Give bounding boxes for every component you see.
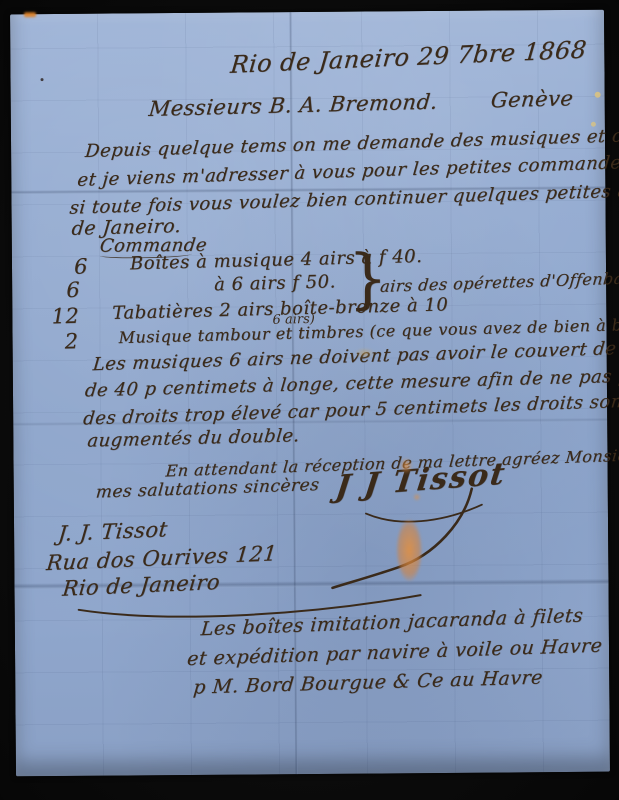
rust-stain-dot: [413, 493, 421, 501]
dateline: Rio de Janeiro 29 7bre 1868: [229, 36, 588, 79]
edge-stain-top-left: [24, 12, 36, 17]
postscript-line-3: p M. Bord Bourgue & Ce au Havre: [192, 666, 544, 698]
sender-street: Rua dos Ourives 121: [45, 541, 278, 575]
condition-line-4: augmentés du double.: [86, 425, 300, 451]
order-note: airs des opérettes d'Offenbach: [379, 268, 619, 296]
closing-line-2: mes salutations sincères: [95, 475, 320, 503]
addressee-name: Messieurs B. A. Bremond.: [148, 90, 439, 121]
addressee-place: Genève: [490, 86, 575, 112]
rust-stain-small: [400, 457, 413, 474]
order-item-text: à 6 airs f 50.: [214, 271, 336, 298]
yellow-speck-right-1: [595, 92, 601, 98]
order-qty: 6: [60, 254, 103, 279]
rust-stain-large: [396, 519, 422, 581]
order-qty: 6: [52, 277, 95, 302]
order-qty: 12: [44, 304, 87, 329]
ink-speck: [41, 78, 44, 81]
yellow-speck-right-2: [591, 122, 596, 127]
postscript-line-2: et expédition par navire à voile ou Havr…: [186, 635, 603, 670]
addressee-line: Messieurs B. A. Bremond. Genève: [148, 86, 575, 121]
sender-name: J. J. Tissot: [57, 517, 169, 546]
letter-paper: Rio de Janeiro 29 7bre 1868 Messieurs B.…: [10, 10, 610, 777]
order-qty: 2: [50, 329, 93, 354]
